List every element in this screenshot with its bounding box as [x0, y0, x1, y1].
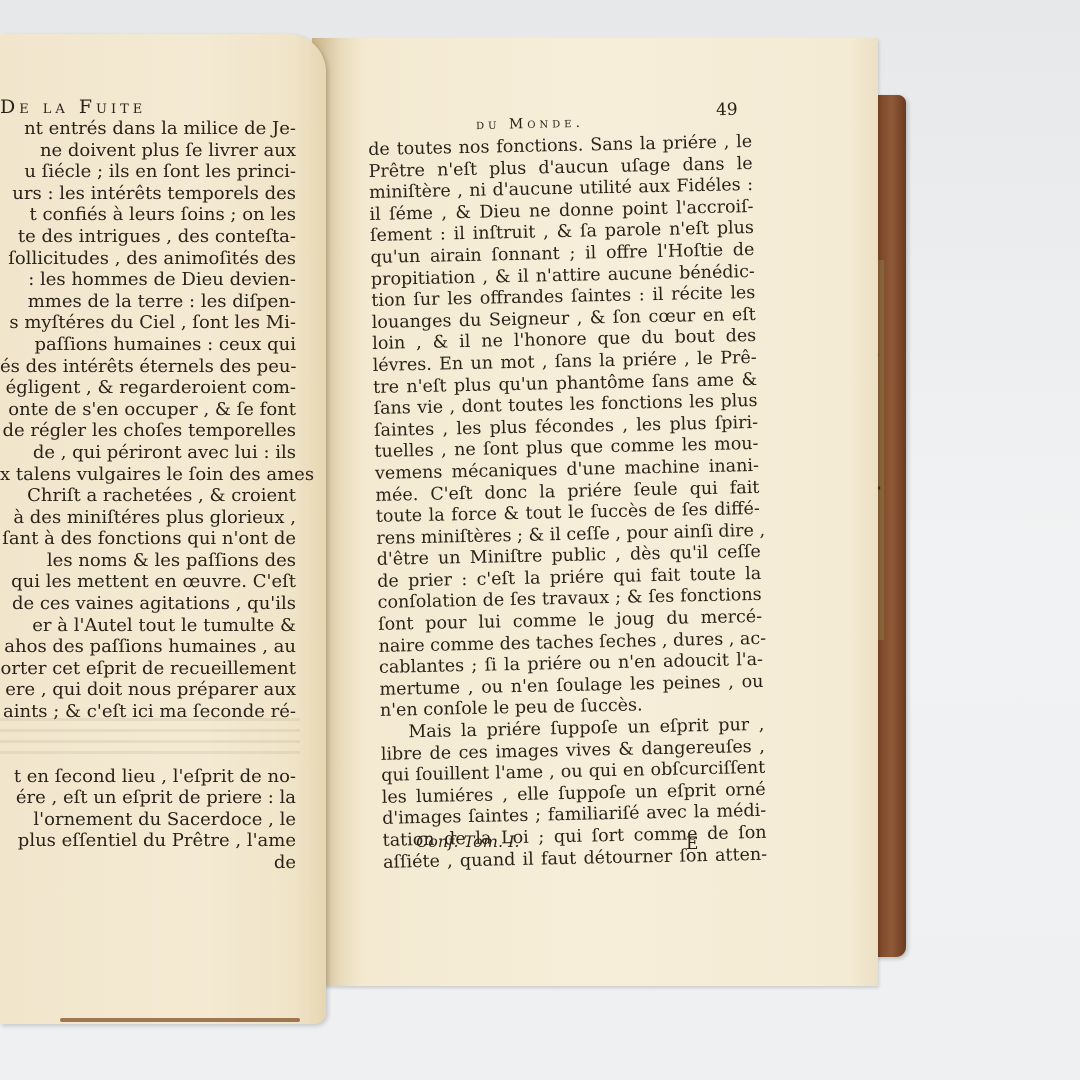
right-page-text: de toutes nos fonctions. Sans la priére … — [368, 132, 767, 874]
text-line: s myſtéres du Ciel , ſont les Mi- — [0, 312, 296, 334]
text-line: t en ſecond lieu , l'eſprit de no- — [0, 766, 296, 788]
text-line: ére , eſt un eſprit de priere : la — [0, 787, 296, 809]
text-line: onte de s'en occuper , & ſe font — [0, 399, 296, 421]
text-line: ahos des paſſions humaines , au — [0, 636, 296, 658]
right-running-head: du Monde. — [476, 115, 584, 133]
ink-show-through — [0, 718, 300, 758]
text-line: : les hommes de Dieu devien- — [0, 269, 296, 291]
text-line: ſant à des fonctions qui n'ont de — [0, 528, 296, 550]
text-line: orter cet eſprit de recueillement — [0, 658, 296, 680]
text-line: l'ornement du Sacerdoce , le — [0, 809, 296, 831]
catchword: de — [0, 852, 296, 874]
left-running-head: De la Fuite — [0, 96, 146, 118]
gathering-mark: E — [686, 834, 698, 854]
left-page-worn-edge — [60, 1018, 300, 1022]
text-line: égligent , & regarderoient com- — [0, 377, 296, 399]
text-line: de ces vaines agitations , qu'ils — [0, 593, 296, 615]
text-line: à des miniſtéres plus glorieux , — [0, 507, 296, 529]
text-line: nt entrés dans la milice de Je- — [0, 118, 296, 140]
text-line: plus eſſentiel du Prêtre , l'ame — [0, 830, 296, 852]
text-line: x talens vulgaires le ſoin des ames — [0, 464, 296, 486]
text-line: Chriſt a rachetées , & croient — [0, 485, 296, 507]
text-line: u ſiécle ; ils en ſont les princi- — [0, 161, 296, 183]
text-line: te des intrigues , des conteſta- — [0, 226, 296, 248]
text-line: ſollicitudes , des animoſités des — [0, 248, 296, 270]
text-line: ere , qui doit nous préparer aux — [0, 679, 296, 701]
text-line: és des intérêts éternels des peu- — [0, 356, 296, 378]
left-page-text: nt entrés dans la milice de Je- ne doive… — [0, 118, 296, 874]
text-line: qui les mettent en œuvre. C'eſt — [0, 571, 296, 593]
text-line: er à l'Autel tout le tumulte & — [0, 615, 296, 637]
page-number: 49 — [716, 100, 738, 120]
text-line: de régler les choſes temporelles — [0, 420, 296, 442]
text-line: paſſions humaines : ceux qui — [0, 334, 296, 356]
signature-mark: Conf. Tom. I. — [416, 832, 520, 851]
text-line: urs : les intérêts temporels des — [0, 183, 296, 205]
text-line: les noms & les paſſions des — [0, 550, 296, 572]
text-line: mmes de la terre : les diſpen- — [0, 291, 296, 313]
text-line: t confiés à leurs ſoins ; on les — [0, 204, 296, 226]
text-line: ne doivent plus ſe livrer aux — [0, 140, 296, 162]
text-line: de , qui périront avec lui : ils — [0, 442, 296, 464]
